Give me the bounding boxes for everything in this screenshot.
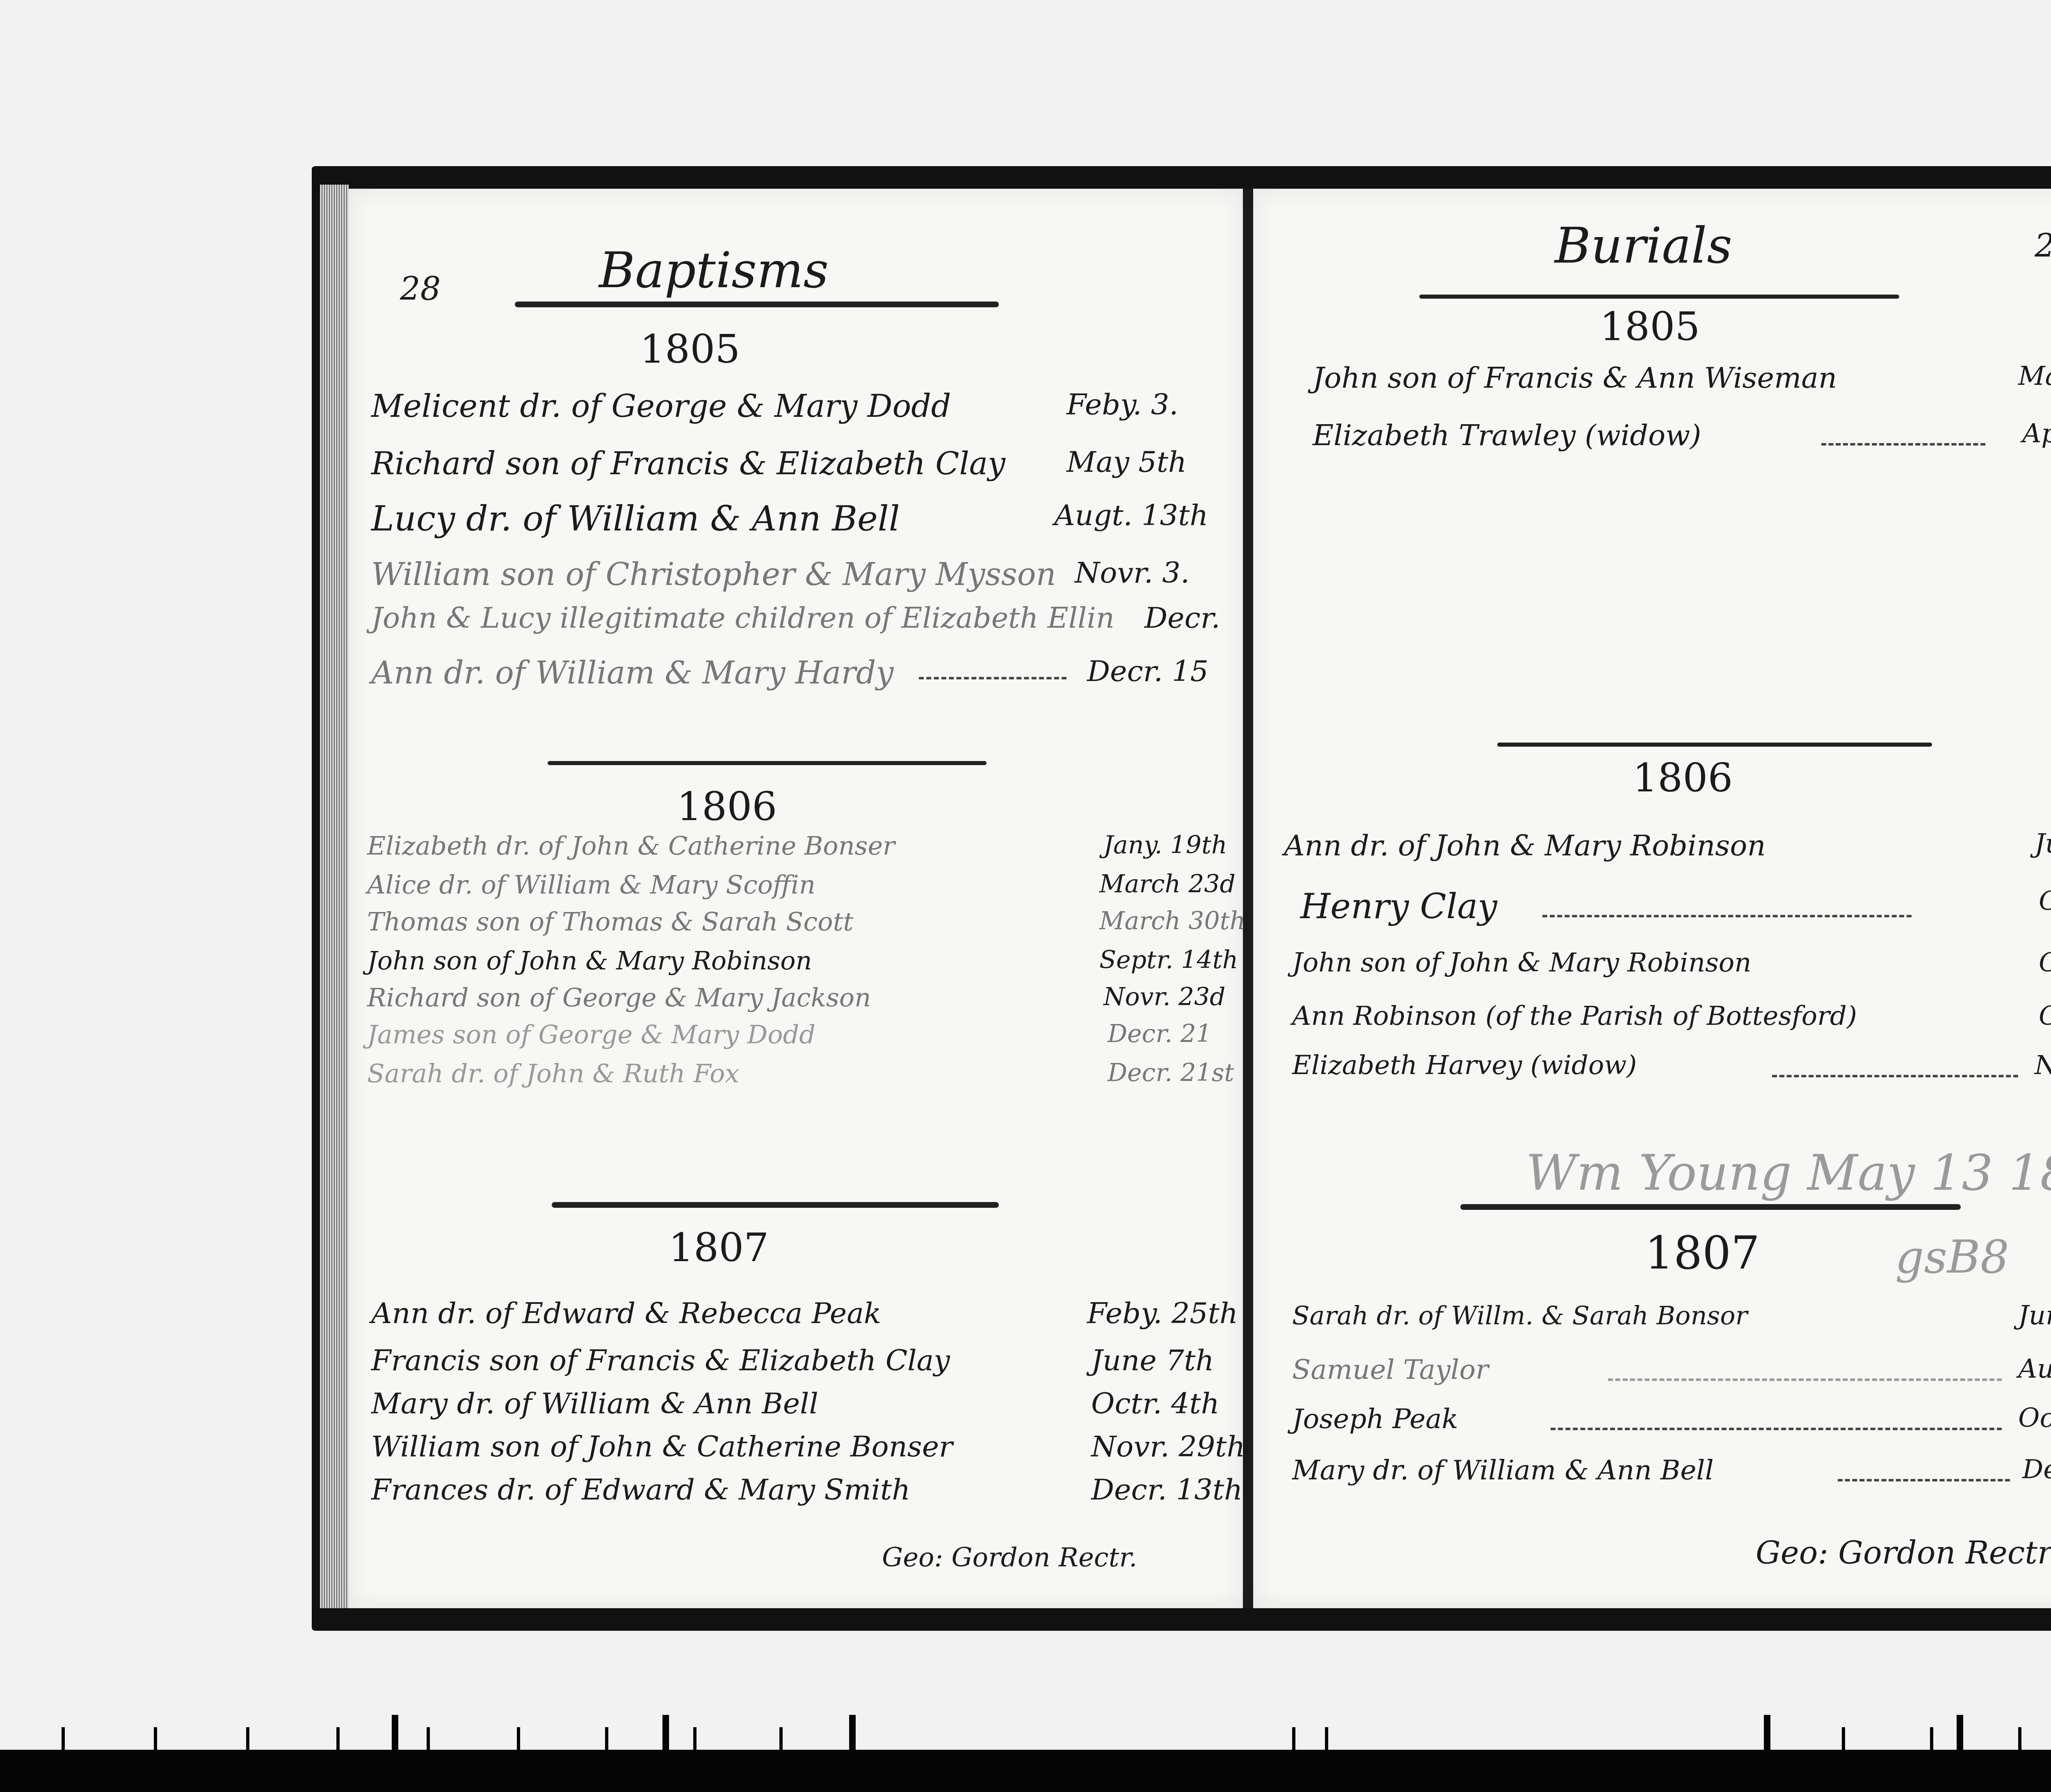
- book-gutter: [1243, 189, 1253, 1608]
- rector-signature: Geo: Gordon Rectr.: [882, 1543, 1137, 1573]
- leader-dashes: [1608, 1378, 2002, 1381]
- entry-name: Ann dr. of Edward & Rebecca Peak: [371, 1296, 881, 1330]
- entry-name: Ann Robinson (of the Parish of Bottesfor…: [1292, 1001, 1857, 1031]
- entry-name: Francis son of Francis & Elizabeth Clay: [371, 1344, 950, 1377]
- ruler-tick: [1292, 1727, 1295, 1752]
- entry-name: William son of John & Catherine Bonser: [371, 1430, 953, 1463]
- section-rule: [548, 761, 987, 765]
- ruler-tick: [517, 1727, 520, 1752]
- pencil-reference-mark: gsB8: [1895, 1231, 2009, 1283]
- entry-date: March 13th: [2018, 361, 2051, 391]
- entry-date: Octr. 25th: [2018, 1403, 2051, 1433]
- section-rule: [1460, 1204, 1961, 1210]
- entry-date: June 19th: [2018, 1301, 2051, 1331]
- section-rule: [552, 1202, 999, 1208]
- entry-name: Thomas son of Thomas & Sarah Scott: [367, 907, 853, 937]
- entry-date: Novr. 23d: [1103, 983, 1226, 1011]
- entry-date: Octr. 11th: [2039, 948, 2051, 978]
- year-heading: 1806: [1633, 755, 1733, 801]
- entry-date: Octr. 31st: [2039, 1001, 2051, 1031]
- entry-date: Augt. 13th: [1054, 498, 1208, 532]
- entry-date: Decr.: [1144, 601, 1220, 635]
- entry-name: Mary dr. of William & Ann Bell: [1292, 1454, 1714, 1486]
- ruler-tick: [849, 1715, 856, 1752]
- entry-date: Decr. 21: [1108, 1019, 1212, 1048]
- entry-date: Decr. 15: [1087, 654, 1208, 688]
- leader-dashes: [919, 677, 1067, 679]
- entry-name: William son of Christopher & Mary Mysson: [371, 556, 1056, 592]
- entry-name: Lucy dr. of William & Ann Bell: [371, 498, 900, 539]
- entry-date: Octr. 4th: [1091, 1387, 1220, 1420]
- ruler-tick: [427, 1727, 430, 1752]
- year-heading: 1806: [677, 784, 777, 830]
- entry-name: Ann dr. of John & Mary Robinson: [1284, 829, 1766, 862]
- left-page-title: Baptisms: [599, 242, 829, 299]
- entry-date: Septr. 14th: [1099, 946, 1238, 974]
- entry-name: Alice dr. of William & Mary Scoffin: [367, 870, 815, 900]
- entry-name: Melicent dr. of George & Mary Dodd: [371, 388, 951, 424]
- leader-dashes: [1542, 915, 1912, 917]
- entry-name: Elizabeth Harvey (widow): [1292, 1050, 1637, 1081]
- left-page-number: 28: [400, 271, 441, 308]
- year-heading: 1807: [669, 1225, 769, 1271]
- leader-dashes: [1838, 1479, 2010, 1481]
- entry-name: Sarah dr. of Willm. & Sarah Bonsor: [1292, 1301, 1747, 1330]
- entry-date: Aug. 8th: [2018, 1354, 2051, 1384]
- entry-name: James son of George & Mary Dodd: [367, 1019, 815, 1049]
- entry-name: Mary dr. of William & Ann Bell: [371, 1387, 818, 1420]
- microfilm-ruler: [0, 1750, 2051, 1792]
- page-edges-left: [320, 185, 349, 1608]
- entry-date: March 30th: [1099, 907, 1245, 935]
- title-rule: [1419, 295, 1899, 299]
- entry-name: John & Lucy illegitimate children of Eli…: [371, 601, 1115, 635]
- entry-name: Elizabeth dr. of John & Catherine Bonser: [367, 831, 895, 861]
- year-heading: 1805: [640, 326, 740, 372]
- pencil-annotation: Wm Young May 13 1846: [1526, 1145, 2051, 1202]
- right-page-title: Burials: [1555, 217, 1732, 274]
- ruler-tick: [392, 1715, 398, 1752]
- year-heading: 1807: [1645, 1227, 1760, 1279]
- ruler-tick: [693, 1727, 697, 1752]
- entry-date: June 7th: [1091, 1344, 1214, 1377]
- entry-date: Decr. 30th: [2022, 1454, 2051, 1485]
- entry-name: John son of John & Mary Robinson: [367, 946, 812, 976]
- ruler-tick: [662, 1715, 669, 1752]
- entry-date: Decr. 21st: [1108, 1058, 1234, 1087]
- leader-dashes: [1821, 443, 1985, 446]
- entry-date: Feby. 25th: [1087, 1296, 1238, 1330]
- entry-date: Novr. 23d: [2035, 1050, 2051, 1081]
- entry-name: Elizabeth Trawley (widow): [1313, 418, 1701, 452]
- entry-name: Richard son of Francis & Elizabeth Clay: [371, 445, 1005, 482]
- entry-date: Jany. 19th: [1103, 831, 1227, 859]
- entry-name: Frances dr. of Edward & Mary Smith: [371, 1473, 910, 1506]
- entry-date: Novr. 3.: [1075, 556, 1190, 590]
- leader-dashes: [1551, 1428, 2002, 1430]
- ruler-tick: [154, 1727, 157, 1752]
- entry-date: March 23d: [1099, 870, 1236, 898]
- entry-date: Octr. 6th: [2039, 886, 2051, 917]
- leader-dashes: [1772, 1075, 2018, 1077]
- entry-date: June 25th: [2035, 829, 2051, 859]
- entry-name: Joseph Peak: [1292, 1403, 1458, 1435]
- section-rule: [1497, 743, 1932, 747]
- entry-name: Sarah dr. of John & Ruth Fox: [367, 1058, 739, 1088]
- ruler-tick: [246, 1727, 249, 1752]
- ruler-tick: [2018, 1727, 2021, 1752]
- ruler-tick: [779, 1727, 783, 1752]
- entry-name: Richard son of George & Mary Jackson: [367, 983, 871, 1013]
- entry-date: Novr. 29th: [1091, 1430, 1245, 1463]
- rector-signature: Geo: Gordon Rectr.: [1756, 1534, 2051, 1571]
- entry-name: Samuel Taylor: [1292, 1354, 1489, 1385]
- entry-date: Apl. 20th: [2022, 418, 2051, 449]
- right-page-number: 29: [2035, 228, 2051, 265]
- entry-name: John son of John & Mary Robinson: [1292, 948, 1752, 978]
- ruler-tick: [62, 1727, 65, 1752]
- entry-date: Decr. 13th: [1091, 1473, 1242, 1506]
- year-heading: 1805: [1600, 304, 1700, 350]
- ruler-tick: [1325, 1727, 1328, 1752]
- ruler-tick: [1764, 1715, 1770, 1752]
- entry-name: John son of Francis & Ann Wiseman: [1313, 361, 1837, 395]
- entry-name: Ann dr. of William & Mary Hardy: [371, 654, 893, 691]
- entry-name: Henry Clay: [1300, 886, 1497, 926]
- title-rule: [515, 302, 999, 307]
- ruler-tick: [1957, 1715, 1963, 1752]
- entry-date: May 5th: [1067, 445, 1187, 479]
- ruler-tick: [336, 1727, 340, 1752]
- ruler-tick: [1842, 1727, 1845, 1752]
- ruler-tick: [1930, 1727, 1933, 1752]
- ruler-tick: [605, 1727, 608, 1752]
- entry-date: Feby. 3.: [1067, 388, 1179, 421]
